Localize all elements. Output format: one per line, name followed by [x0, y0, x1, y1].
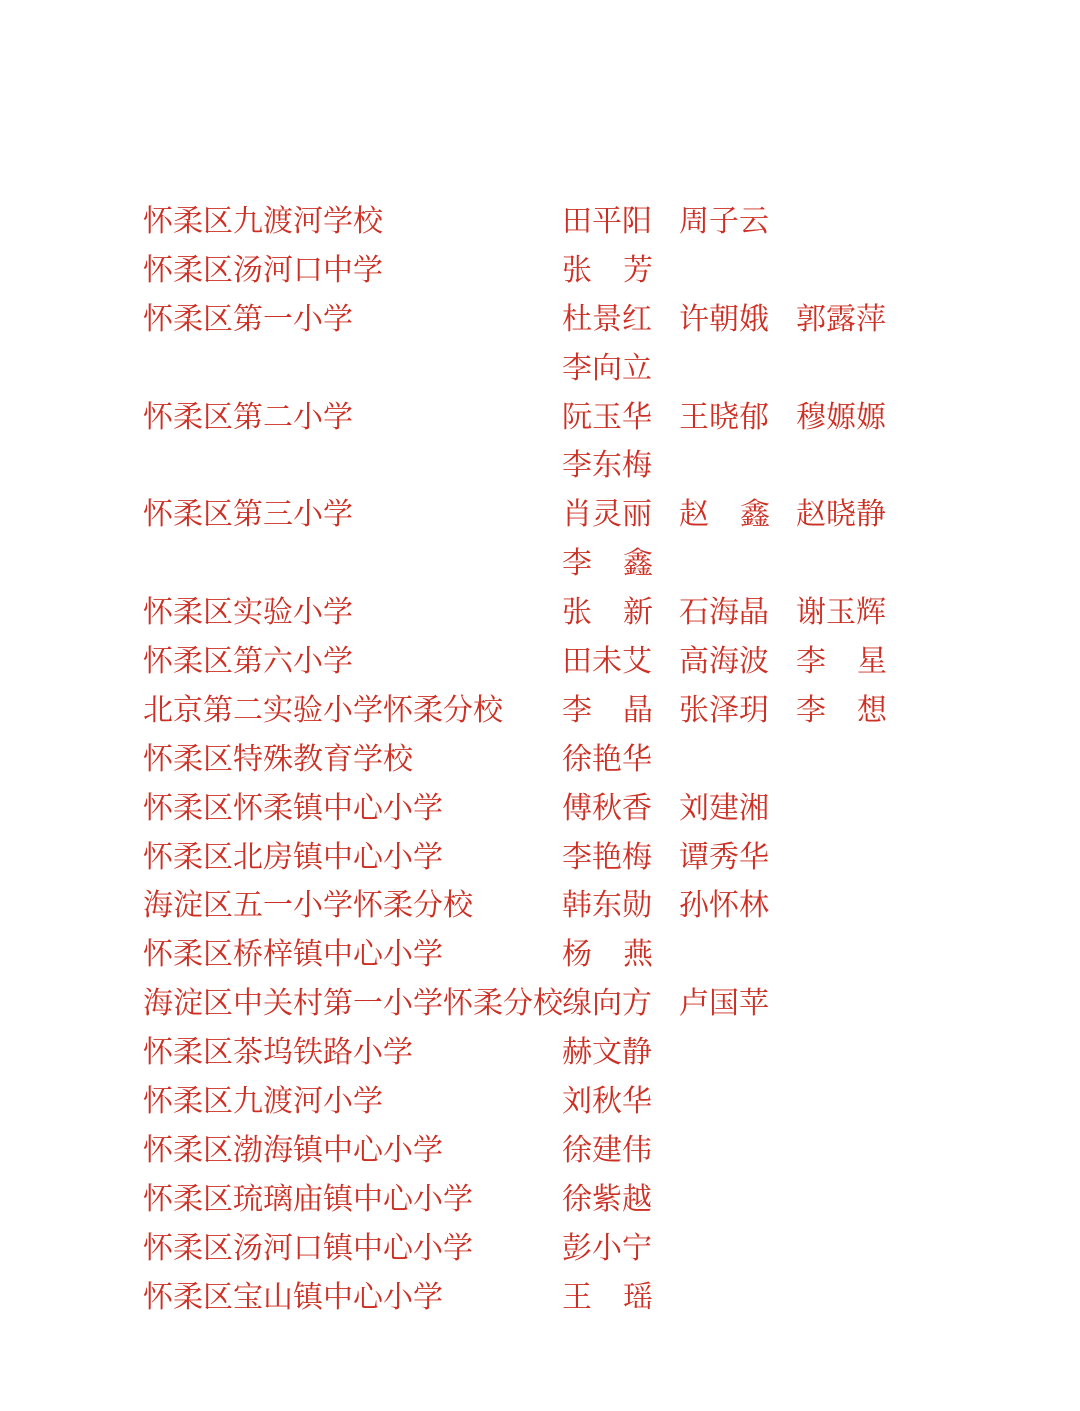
- school-name: 怀柔区第二小学: [143, 394, 562, 443]
- school-name: 怀柔区九渡河小学: [143, 1078, 562, 1127]
- teacher-names: 傅秋香刘建湘: [562, 785, 796, 834]
- teacher-name: 李想: [796, 687, 887, 736]
- list-row: 北京第二实验小学怀柔分校李晶张泽玥李想: [143, 687, 913, 736]
- teacher-name: 刘建湘: [679, 785, 770, 834]
- school-name: 怀柔区第三小学: [143, 491, 562, 540]
- teacher-name: 缐向方: [562, 980, 653, 1029]
- name-char: 王: [562, 1274, 592, 1323]
- name-char: 想: [857, 687, 887, 736]
- school-name: 怀柔区汤河口中学: [143, 247, 562, 296]
- teacher-names: 张芳: [562, 247, 679, 296]
- teacher-name: 彭小宁: [562, 1225, 653, 1274]
- teacher-name: 肖灵丽: [562, 491, 653, 540]
- teacher-name: 李星: [796, 638, 887, 687]
- teacher-name: 李晶: [562, 687, 653, 736]
- school-name: 怀柔区琉璃庙镇中心小学: [143, 1176, 562, 1225]
- list-row: 怀柔区第二小学阮玉华王晓郁穆嫄嫄: [143, 394, 913, 443]
- teacher-names: 张新石海晶谢玉辉: [562, 589, 913, 638]
- school-name: 海淀区五一小学怀柔分校: [143, 882, 562, 931]
- school-name: 北京第二实验小学怀柔分校: [143, 687, 562, 736]
- name-char: 鑫: [623, 540, 653, 589]
- teacher-name: 王瑶: [562, 1274, 653, 1323]
- list-row: 海淀区五一小学怀柔分校韩东勋孙怀林: [143, 882, 913, 931]
- list-row: 怀柔区宝山镇中心小学王瑶: [143, 1274, 913, 1323]
- school-name: 怀柔区第六小学: [143, 638, 562, 687]
- teacher-name: 李鑫: [562, 540, 653, 589]
- list-row: 怀柔区茶坞铁路小学赫文静: [143, 1029, 913, 1078]
- name-char: 燕: [623, 931, 653, 980]
- list-row: 怀柔区汤河口中学张芳: [143, 247, 913, 296]
- teacher-names: 缐向方卢国苹: [562, 980, 796, 1029]
- name-char: 赵: [679, 491, 709, 540]
- teacher-names: 杨燕: [562, 931, 679, 980]
- teacher-name: 穆嫄嫄: [796, 394, 887, 443]
- list-row: 怀柔区琉璃庙镇中心小学徐紫越: [143, 1176, 913, 1225]
- teacher-name: 徐紫越: [562, 1176, 653, 1225]
- teacher-names: 田平阳周子云: [562, 198, 796, 247]
- list-row: 海淀区中关村第一小学怀柔分校缐向方卢国苹: [143, 980, 913, 1029]
- teacher-name: 石海晶: [679, 589, 770, 638]
- name-char: 晶: [623, 687, 653, 736]
- list-row: 怀柔区实验小学张新石海晶谢玉辉: [143, 589, 913, 638]
- school-name: 怀柔区汤河口镇中心小学: [143, 1225, 562, 1274]
- name-char: 李: [562, 687, 592, 736]
- teacher-name: 张泽玥: [679, 687, 770, 736]
- list-row: 怀柔区渤海镇中心小学徐建伟: [143, 1127, 913, 1176]
- name-char: 瑶: [623, 1274, 653, 1323]
- name-char: 星: [857, 638, 887, 687]
- teacher-name: 赵鑫: [679, 491, 770, 540]
- teacher-names: 李向立: [562, 345, 679, 394]
- teacher-name: 傅秋香: [562, 785, 653, 834]
- teacher-name: 周子云: [679, 198, 770, 247]
- teacher-name: 阮玉华: [562, 394, 653, 443]
- teacher-name: 杨燕: [562, 931, 653, 980]
- teacher-name: 王晓郁: [679, 394, 770, 443]
- school-name: 怀柔区第一小学: [143, 296, 562, 345]
- list-row: 怀柔区特殊教育学校徐艳华: [143, 736, 913, 785]
- teacher-name: 杜景红: [562, 296, 653, 345]
- school-name: 怀柔区北房镇中心小学: [143, 834, 562, 883]
- name-char: 杨: [562, 931, 592, 980]
- name-char: 李: [796, 638, 826, 687]
- list-row: 怀柔区九渡河小学刘秋华: [143, 1078, 913, 1127]
- list-row: 怀柔区第三小学肖灵丽赵鑫赵晓静: [143, 491, 913, 540]
- name-char: 芳: [623, 247, 653, 296]
- list-row: 怀柔区怀柔镇中心小学傅秋香刘建湘: [143, 785, 913, 834]
- name-char: 鑫: [740, 491, 770, 540]
- teacher-names: 李鑫: [562, 540, 679, 589]
- teacher-names: 阮玉华王晓郁穆嫄嫄: [562, 394, 913, 443]
- list-row-continuation: 李向立: [143, 345, 913, 394]
- list-row-continuation: 李鑫: [143, 540, 913, 589]
- teacher-names: 徐紫越: [562, 1176, 679, 1225]
- list-row: 怀柔区第六小学田未艾高海波李星: [143, 638, 913, 687]
- teacher-name: 赵晓静: [796, 491, 887, 540]
- teacher-name: 田未艾: [562, 638, 653, 687]
- teacher-name: 李向立: [562, 345, 653, 394]
- school-name: 怀柔区桥梓镇中心小学: [143, 931, 562, 980]
- school-name: 怀柔区实验小学: [143, 589, 562, 638]
- teacher-name: 徐艳华: [562, 736, 653, 785]
- teacher-names: 彭小宁: [562, 1225, 679, 1274]
- teacher-name: 谢玉辉: [796, 589, 887, 638]
- list-row: 怀柔区九渡河学校田平阳周子云: [143, 198, 913, 247]
- teacher-name: 韩东勋: [562, 882, 653, 931]
- list-row-continuation: 李东梅: [143, 442, 913, 491]
- school-name: 怀柔区特殊教育学校: [143, 736, 562, 785]
- teacher-names: 刘秋华: [562, 1078, 679, 1127]
- school-award-list: 怀柔区九渡河学校田平阳周子云怀柔区汤河口中学张芳怀柔区第一小学杜景红许朝娥郭露萍…: [143, 198, 913, 1322]
- name-char: 新: [623, 589, 653, 638]
- teacher-names: 李晶张泽玥李想: [562, 687, 913, 736]
- name-char: 张: [562, 247, 592, 296]
- list-row: 怀柔区桥梓镇中心小学杨燕: [143, 931, 913, 980]
- list-row: 怀柔区汤河口镇中心小学彭小宁: [143, 1225, 913, 1274]
- teacher-names: 韩东勋孙怀林: [562, 882, 796, 931]
- school-name: 怀柔区怀柔镇中心小学: [143, 785, 562, 834]
- school-name: 怀柔区宝山镇中心小学: [143, 1274, 562, 1323]
- teacher-name: 赫文静: [562, 1029, 653, 1078]
- teacher-name: 李东梅: [562, 442, 653, 491]
- teacher-name: 谭秀华: [679, 834, 770, 883]
- teacher-name: 孙怀林: [679, 882, 770, 931]
- document-page: 怀柔区九渡河学校田平阳周子云怀柔区汤河口中学张芳怀柔区第一小学杜景红许朝娥郭露萍…: [0, 0, 1080, 1411]
- teacher-name: 卢国苹: [679, 980, 770, 1029]
- teacher-name: 徐建伟: [562, 1127, 653, 1176]
- list-row: 怀柔区第一小学杜景红许朝娥郭露萍: [143, 296, 913, 345]
- name-char: 张: [562, 589, 592, 638]
- name-char: 李: [796, 687, 826, 736]
- teacher-name: 张新: [562, 589, 653, 638]
- teacher-names: 李艳梅谭秀华: [562, 834, 796, 883]
- teacher-names: 杜景红许朝娥郭露萍: [562, 296, 913, 345]
- teacher-names: 赫文静: [562, 1029, 679, 1078]
- school-name: 怀柔区九渡河学校: [143, 198, 562, 247]
- teacher-name: 刘秋华: [562, 1078, 653, 1127]
- name-char: 李: [562, 540, 592, 589]
- teacher-name: 高海波: [679, 638, 770, 687]
- school-name: 怀柔区渤海镇中心小学: [143, 1127, 562, 1176]
- teacher-name: 张芳: [562, 247, 653, 296]
- teacher-names: 肖灵丽赵鑫赵晓静: [562, 491, 913, 540]
- teacher-name: 田平阳: [562, 198, 653, 247]
- teacher-names: 徐艳华: [562, 736, 679, 785]
- teacher-names: 李东梅: [562, 442, 679, 491]
- teacher-name: 郭露萍: [796, 296, 887, 345]
- school-name: 怀柔区茶坞铁路小学: [143, 1029, 562, 1078]
- list-row: 怀柔区北房镇中心小学李艳梅谭秀华: [143, 834, 913, 883]
- teacher-names: 王瑶: [562, 1274, 679, 1323]
- teacher-names: 徐建伟: [562, 1127, 679, 1176]
- teacher-names: 田未艾高海波李星: [562, 638, 913, 687]
- teacher-name: 许朝娥: [679, 296, 770, 345]
- school-name: 海淀区中关村第一小学怀柔分校: [143, 980, 562, 1029]
- teacher-name: 李艳梅: [562, 834, 653, 883]
